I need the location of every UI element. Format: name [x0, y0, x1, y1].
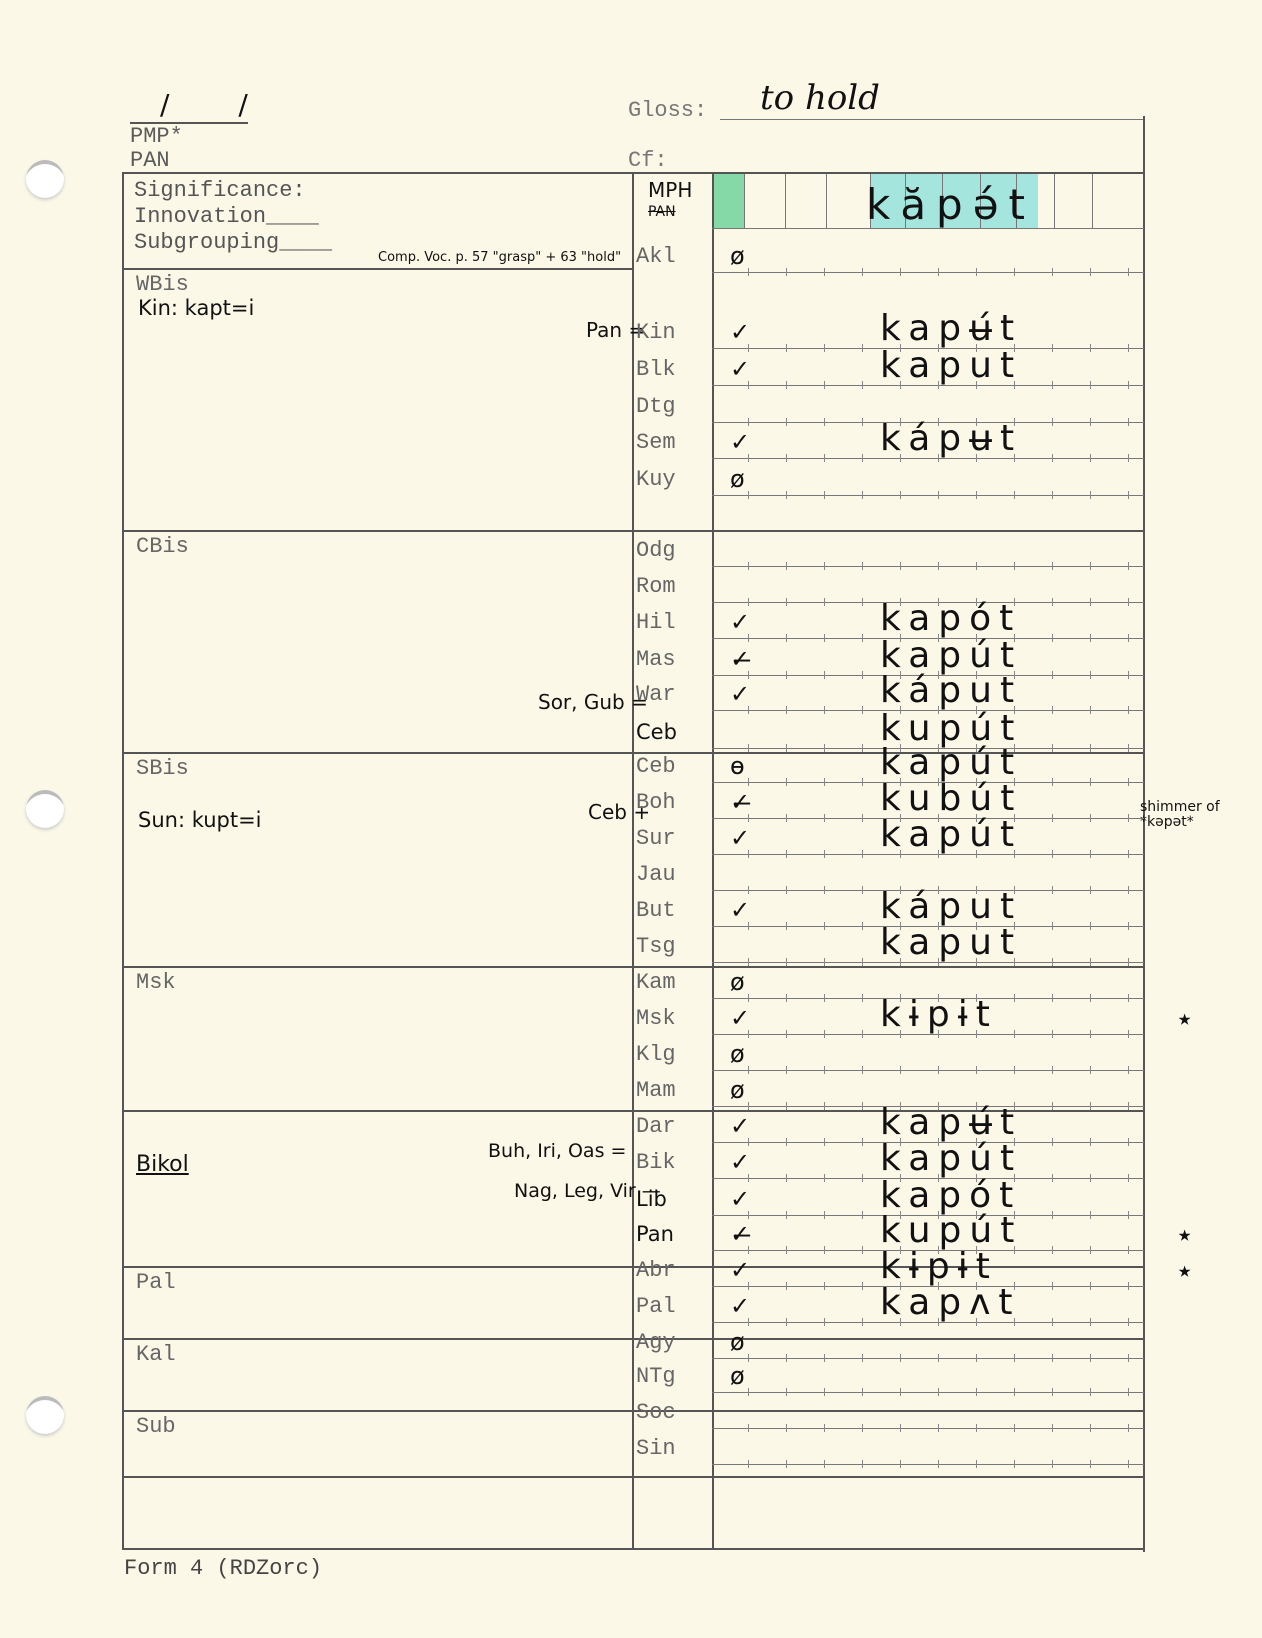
ruled-line — [712, 1070, 1144, 1071]
tick-mark — [900, 1460, 901, 1468]
tick-mark — [1052, 1460, 1053, 1468]
tick-mark — [1052, 562, 1053, 570]
tick-mark — [1052, 381, 1053, 389]
tick-mark — [862, 418, 863, 426]
language-code: Boh — [636, 790, 698, 815]
language-code: Pan — [636, 1222, 698, 1246]
tick-mark — [748, 886, 749, 894]
tick-mark — [748, 562, 749, 570]
tick-mark — [1090, 994, 1091, 1002]
tick-mark — [824, 1246, 825, 1254]
tick-mark — [862, 491, 863, 499]
proto-start-highlight — [714, 174, 744, 228]
tick-mark — [976, 491, 977, 499]
tick-mark — [1090, 1460, 1091, 1468]
tick-mark — [938, 850, 939, 858]
tick-mark — [862, 778, 863, 786]
star-icon: ★ — [1178, 1006, 1191, 1032]
tick-mark — [1052, 671, 1053, 679]
star-icon: ★ — [1178, 1258, 1191, 1284]
tick-mark — [786, 1246, 787, 1254]
tick-mark — [1052, 1318, 1053, 1326]
section-divider — [122, 1476, 1144, 1478]
form-label: Form 4 (RDZorc) — [124, 1556, 322, 1581]
tick-mark — [824, 1211, 825, 1219]
language-code: Ceb — [636, 720, 698, 744]
reflex-form[interactable]: kaput — [880, 922, 1022, 963]
reflex-form[interactable]: kubút — [880, 778, 1022, 819]
tick-mark — [1090, 1030, 1091, 1038]
reflex-form[interactable]: káput — [880, 886, 1022, 927]
tick-mark — [1128, 1388, 1129, 1396]
tick-mark — [748, 1246, 749, 1254]
reflex-form[interactable]: kaput — [880, 345, 1022, 386]
tick-mark — [976, 1066, 977, 1074]
ruled-line — [712, 458, 1144, 459]
tick-mark — [824, 344, 825, 352]
ruled-line — [712, 962, 1144, 963]
attestation-mark[interactable]: ✓ — [730, 896, 750, 924]
tick-mark — [862, 706, 863, 714]
tick-mark — [1090, 922, 1091, 930]
tick-mark — [900, 381, 901, 389]
tick-mark — [748, 1102, 749, 1110]
attestation-mark[interactable]: ✓ — [730, 1292, 750, 1320]
reflex-form[interactable]: kapʉ́t — [880, 1102, 1022, 1143]
tick-mark — [748, 1066, 749, 1074]
tick-mark — [1052, 814, 1053, 822]
date-blank: / / — [160, 88, 278, 121]
tick-mark — [1014, 491, 1015, 499]
tick-mark — [824, 814, 825, 822]
tick-mark — [900, 268, 901, 276]
tick-mark — [824, 994, 825, 1002]
tick-mark — [1128, 1174, 1129, 1182]
tick-mark — [1128, 850, 1129, 858]
attestation-mark[interactable]: ✓ — [730, 355, 750, 383]
tick-mark — [1052, 850, 1053, 858]
innovation-field[interactable]: Innovation____ — [134, 204, 319, 229]
tick-mark — [1014, 850, 1015, 858]
tick-mark — [786, 268, 787, 276]
tick-mark — [1052, 418, 1053, 426]
tick-mark — [862, 1066, 863, 1074]
tick-mark — [786, 1174, 787, 1182]
side-note-dar: Buh, Iri, Oas = — [488, 1140, 626, 1162]
tick-mark — [1090, 634, 1091, 642]
tick-mark — [824, 1066, 825, 1074]
tick-mark — [748, 922, 749, 930]
tick-mark — [748, 418, 749, 426]
attestation-mark[interactable]: ✓ — [730, 824, 750, 852]
tick-mark — [786, 1424, 787, 1432]
tick-mark — [1052, 268, 1053, 276]
tick-mark — [1014, 1246, 1015, 1254]
language-code: Dar — [636, 1114, 698, 1139]
tick-mark — [976, 381, 977, 389]
tick-mark — [938, 491, 939, 499]
tick-mark — [862, 1102, 863, 1110]
attestation-mark[interactable]: ✓̶ — [730, 788, 750, 816]
frame-left — [122, 172, 124, 1550]
tick-mark — [938, 1030, 939, 1038]
tick-mark — [1128, 706, 1129, 714]
ruled-line — [712, 272, 1144, 273]
tick-mark — [862, 634, 863, 642]
frame-bottom — [122, 1548, 1145, 1550]
tick-mark — [938, 1354, 939, 1362]
tick-mark — [824, 634, 825, 642]
reflex-form[interactable]: kapʌt — [880, 1282, 1021, 1323]
language-code: Kin — [636, 320, 698, 345]
language-code: Sin — [636, 1436, 698, 1461]
tick-mark — [938, 1318, 939, 1326]
tick-mark — [748, 1388, 749, 1396]
language-code: Pal — [636, 1294, 698, 1319]
tick-mark — [1052, 1211, 1053, 1219]
tick-mark — [786, 1030, 787, 1038]
tick-mark — [862, 814, 863, 822]
tick-mark — [786, 814, 787, 822]
tick-mark — [1128, 598, 1129, 606]
tick-mark — [1128, 418, 1129, 426]
tick-mark — [1052, 744, 1053, 752]
ruled-line — [712, 385, 1144, 386]
tick-mark — [1090, 454, 1091, 462]
tick-mark — [1052, 778, 1053, 786]
reflex-form[interactable]: káput — [880, 670, 1022, 711]
tick-mark — [1090, 381, 1091, 389]
tick-mark — [786, 744, 787, 752]
tick-mark — [862, 671, 863, 679]
proto-label-mph: MPH — [648, 178, 692, 202]
tick-mark — [1052, 491, 1053, 499]
tick-mark — [862, 744, 863, 752]
tick-mark — [824, 491, 825, 499]
reflex-form[interactable]: kupút — [880, 1210, 1022, 1251]
tick-mark — [1052, 634, 1053, 642]
section-label: CBis — [136, 534, 189, 559]
tick-mark — [938, 1066, 939, 1074]
significance-title: Significance: — [134, 178, 306, 203]
attestation-mark[interactable]: ✓ — [730, 1256, 750, 1284]
tick-mark — [824, 1174, 825, 1182]
language-code: Blk — [636, 357, 698, 382]
tick-mark — [1090, 1211, 1091, 1219]
tick-mark — [1052, 1102, 1053, 1110]
tick-mark — [1014, 562, 1015, 570]
tick-mark — [938, 562, 939, 570]
attestation-mark[interactable]: ✓ — [730, 1148, 750, 1176]
tick-mark — [786, 778, 787, 786]
section-note: Kin: kapt=i — [138, 296, 254, 320]
tick-mark — [1090, 814, 1091, 822]
reflex-form[interactable]: kapʉ́t — [880, 308, 1022, 349]
tick-mark — [824, 268, 825, 276]
tick-mark — [786, 634, 787, 642]
tick-mark — [862, 994, 863, 1002]
reflex-form[interactable]: kapút — [880, 1138, 1022, 1179]
tick-mark — [786, 1354, 787, 1362]
language-code: Mam — [636, 1078, 698, 1103]
tick-mark — [1128, 958, 1129, 966]
punch-hole — [26, 790, 64, 828]
attestation-mark[interactable]: ø — [730, 242, 745, 270]
tick-mark — [1090, 1066, 1091, 1074]
attestation-mark[interactable]: ɵ — [730, 752, 745, 780]
tick-mark — [1090, 1102, 1091, 1110]
tick-mark — [976, 850, 977, 858]
tick-mark — [976, 1460, 977, 1468]
tick-mark — [748, 268, 749, 276]
tick-mark — [1052, 886, 1053, 894]
tick-mark — [1090, 1138, 1091, 1146]
tick-mark — [1128, 268, 1129, 276]
section-label: Msk — [136, 970, 176, 995]
tick-mark — [786, 598, 787, 606]
frame-divider-right — [712, 172, 714, 1550]
tick-mark — [786, 1066, 787, 1074]
tick-mark — [786, 1318, 787, 1326]
tick-mark — [1014, 268, 1015, 276]
tick-mark — [862, 886, 863, 894]
section-label: Sub — [136, 1414, 176, 1439]
tick-mark — [1128, 454, 1129, 462]
tick-mark — [748, 778, 749, 786]
tick-mark — [748, 744, 749, 752]
attestation-mark[interactable]: ø — [730, 465, 745, 493]
tick-mark — [786, 958, 787, 966]
tick-mark — [900, 958, 901, 966]
reference-note: Comp. Voc. p. 57 "grasp" + 63 "hold" — [378, 250, 621, 265]
tick-mark — [748, 491, 749, 499]
tick-mark — [862, 922, 863, 930]
tick-mark — [1090, 268, 1091, 276]
section-divider — [122, 268, 634, 270]
tick-mark — [824, 778, 825, 786]
ruled-line — [712, 1358, 1144, 1359]
tick-mark — [1128, 1318, 1129, 1326]
tick-mark — [1014, 994, 1015, 1002]
section-label: SBis — [136, 756, 189, 781]
language-code: Kuy — [636, 467, 698, 492]
tick-mark — [1052, 598, 1053, 606]
tick-mark — [938, 958, 939, 966]
tick-mark — [1014, 1066, 1015, 1074]
language-code: Kam — [636, 970, 698, 995]
tick-mark — [748, 994, 749, 1002]
language-code: Jau — [636, 862, 698, 887]
reflex-form[interactable]: kápʉt — [880, 418, 1022, 459]
attestation-mark[interactable]: ø — [730, 1362, 745, 1390]
frame-right — [1143, 116, 1145, 1552]
section-divider — [122, 966, 1144, 968]
tick-mark — [786, 1460, 787, 1468]
tick-mark — [748, 671, 749, 679]
language-code: But — [636, 898, 698, 923]
language-code: War — [636, 682, 698, 707]
section-label: WBis — [136, 272, 189, 297]
tick-mark — [862, 1460, 863, 1468]
attestation-mark[interactable]: ✓ — [730, 1112, 750, 1140]
attestation-mark[interactable]: ✓̶ — [730, 645, 750, 673]
tick-mark — [786, 562, 787, 570]
attestation-mark[interactable]: ø — [730, 1328, 745, 1356]
punch-hole — [26, 1396, 64, 1434]
gloss-value[interactable]: to hold — [760, 78, 880, 118]
tick-mark — [824, 922, 825, 930]
proto-label-struck: PAN — [648, 204, 676, 220]
language-code: Mas — [636, 647, 698, 672]
tick-mark — [1090, 706, 1091, 714]
tick-mark — [1090, 1424, 1091, 1432]
tick-mark — [862, 1354, 863, 1362]
frame-divider-left — [632, 172, 634, 1550]
attestation-mark[interactable]: ø — [730, 1040, 745, 1068]
section-note: Sun: kupt=i — [138, 808, 262, 832]
tick-mark — [1128, 1138, 1129, 1146]
tick-mark — [976, 562, 977, 570]
tick-mark — [824, 744, 825, 752]
tick-mark — [1128, 381, 1129, 389]
tick-mark — [1090, 671, 1091, 679]
ruled-line — [712, 854, 1144, 855]
tick-mark — [748, 1211, 749, 1219]
tick-mark — [938, 1388, 939, 1396]
tick-mark — [1128, 994, 1129, 1002]
language-code: Ceb — [636, 754, 698, 779]
tick-mark — [824, 850, 825, 858]
side-note-boh-right: shimmer of *kəpət* — [1140, 800, 1262, 830]
tick-mark — [900, 1066, 901, 1074]
language-code: Soc — [636, 1400, 698, 1425]
tick-mark — [748, 1354, 749, 1362]
tick-mark — [1128, 814, 1129, 822]
tick-mark — [976, 1354, 977, 1362]
cf-label: Cf: — [628, 148, 668, 173]
tick-mark — [1014, 1318, 1015, 1326]
tick-mark — [1014, 454, 1015, 462]
tick-mark — [1128, 744, 1129, 752]
tick-mark — [824, 958, 825, 966]
tick-mark — [824, 598, 825, 606]
tick-mark — [1090, 344, 1091, 352]
reflex-form[interactable]: kapút — [880, 742, 1022, 783]
tick-mark — [786, 1102, 787, 1110]
tick-mark — [1090, 562, 1091, 570]
attestation-mark[interactable]: ✓̶ — [730, 1220, 750, 1248]
proto-cell-divider — [744, 174, 745, 228]
tick-mark — [1052, 706, 1053, 714]
tick-mark — [1090, 850, 1091, 858]
tick-mark — [1128, 1030, 1129, 1038]
tick-mark — [748, 814, 749, 822]
tick-mark — [1128, 922, 1129, 930]
subgrouping-field[interactable]: Subgrouping____ — [134, 230, 332, 255]
tick-mark — [1090, 418, 1091, 426]
tick-mark — [748, 1460, 749, 1468]
tick-mark — [786, 922, 787, 930]
attestation-mark[interactable]: ✓ — [730, 1004, 750, 1032]
proto-form[interactable]: kăpə́t — [866, 180, 1035, 229]
proto-cell-divider — [785, 174, 786, 228]
tick-mark — [1128, 886, 1129, 894]
tick-mark — [748, 634, 749, 642]
tick-mark — [824, 1282, 825, 1290]
section-label: Kal — [136, 1342, 176, 1367]
attestation-mark[interactable]: ✓ — [730, 318, 750, 346]
tick-mark — [824, 1424, 825, 1432]
tick-mark — [862, 1030, 863, 1038]
tick-mark — [1052, 1138, 1053, 1146]
reflex-form[interactable]: kɨpɨt — [880, 994, 998, 1035]
tick-mark — [748, 344, 749, 352]
reflex-form[interactable]: kapót — [880, 598, 1021, 639]
tick-mark — [786, 381, 787, 389]
tick-mark — [1052, 1354, 1053, 1362]
tick-mark — [1090, 1282, 1091, 1290]
tick-mark — [1052, 922, 1053, 930]
language-code: Klg — [636, 1042, 698, 1067]
reflex-form[interactable]: kɨpɨt — [880, 1246, 998, 1287]
attestation-mark[interactable]: ø — [730, 1076, 745, 1104]
tick-mark — [1052, 1424, 1053, 1432]
tick-mark — [748, 1424, 749, 1432]
tick-mark — [1128, 1424, 1129, 1432]
tick-mark — [1052, 994, 1053, 1002]
tick-mark — [786, 886, 787, 894]
tick-mark — [938, 1460, 939, 1468]
language-code: Hil — [636, 610, 698, 635]
attestation-mark[interactable]: ✓ — [730, 1185, 750, 1213]
reflex-form[interactable]: kapút — [880, 814, 1022, 855]
tick-mark — [786, 994, 787, 1002]
language-code: Dtg — [636, 394, 698, 419]
language-code: Lib — [636, 1187, 698, 1211]
tick-mark — [1090, 1318, 1091, 1326]
tick-mark — [824, 1388, 825, 1396]
tick-mark — [1014, 381, 1015, 389]
tick-mark — [862, 562, 863, 570]
tick-mark — [938, 454, 939, 462]
tick-mark — [1090, 1388, 1091, 1396]
tick-mark — [824, 1138, 825, 1146]
tick-mark — [862, 1174, 863, 1182]
tick-mark — [824, 418, 825, 426]
attestation-mark[interactable]: ✓ — [730, 680, 750, 708]
attestation-mark[interactable]: ✓ — [730, 608, 750, 636]
tick-mark — [1128, 1282, 1129, 1290]
attestation-mark[interactable]: ø — [730, 968, 745, 996]
tick-mark — [1052, 958, 1053, 966]
tick-mark — [862, 850, 863, 858]
tick-mark — [862, 454, 863, 462]
language-code: Rom — [636, 574, 698, 599]
tick-mark — [1128, 778, 1129, 786]
tick-mark — [786, 850, 787, 858]
tick-mark — [900, 562, 901, 570]
attestation-mark[interactable]: ✓ — [730, 428, 750, 456]
section-divider — [122, 1410, 1144, 1412]
tick-mark — [862, 268, 863, 276]
tick-mark — [1128, 671, 1129, 679]
tick-mark — [938, 1424, 939, 1432]
ruled-line — [712, 566, 1144, 567]
section-divider — [122, 530, 1144, 532]
tick-mark — [748, 706, 749, 714]
tick-mark — [900, 454, 901, 462]
tick-mark — [824, 562, 825, 570]
